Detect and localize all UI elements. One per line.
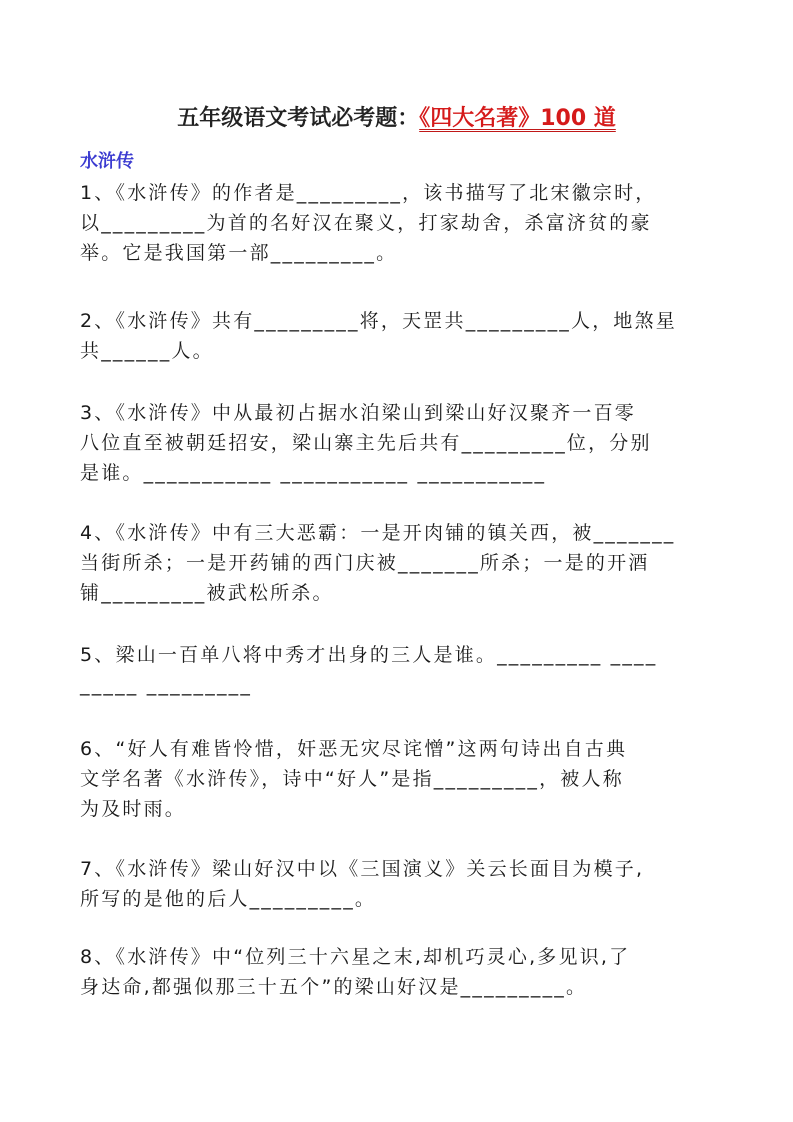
question-line: 7、《水浒传》梁山好汉中以《三国演义》关云长面目为模子,: [80, 854, 720, 884]
question-2: 2、《水浒传》共有_________将，天罡共_________人，地煞星 共_…: [80, 306, 720, 366]
question-line: 以_________为首的名好汉在聚义，打家劫舍，杀富济贫的豪: [80, 208, 720, 238]
question-line: 3、《水浒传》中从最初占据水泊梁山到梁山好汉聚齐一百零: [80, 398, 720, 428]
question-line: 共______人。: [80, 336, 720, 366]
question-line: 八位直至被朝廷招安，梁山寨主先后共有_________位，分别: [80, 428, 720, 458]
question-5: 5、梁山一百单八将中秀才出身的三人是谁。_________ ____ _____…: [80, 640, 720, 700]
question-line: 所写的是他的后人_________。: [80, 884, 720, 914]
title-prefix: 五年级语文考试必考题：: [177, 106, 419, 131]
question-line: 5、梁山一百单八将中秀才出身的三人是谁。_________ ____: [80, 640, 720, 670]
question-8: 8、《水浒传》中“位列三十六星之末,却机巧灵心,多见识,了 身达命,都强似那三十…: [80, 942, 720, 1002]
question-line: 2、《水浒传》共有_________将，天罡共_________人，地煞星: [80, 306, 720, 336]
question-line: 是谁。___________ ___________ ___________: [80, 458, 720, 488]
question-line: 铺_________被武松所杀。: [80, 578, 720, 608]
question-3: 3、《水浒传》中从最初占据水泊梁山到梁山好汉聚齐一百零 八位直至被朝廷招安，梁山…: [80, 398, 720, 488]
question-7: 7、《水浒传》梁山好汉中以《三国演义》关云长面目为模子, 所写的是他的后人___…: [80, 854, 720, 914]
question-1: 1、《水浒传》的作者是_________，该书描写了北宋徽宗时， 以______…: [80, 178, 720, 268]
question-line: 8、《水浒传》中“位列三十六星之末,却机巧灵心,多见识,了: [80, 942, 720, 972]
question-line: 身达命,都强似那三十五个”的梁山好汉是_________。: [80, 972, 720, 1002]
question-line: _____ _________: [80, 670, 720, 700]
question-line: 当街所杀；一是开药铺的西门庆被_______所杀；一是的开酒: [80, 548, 720, 578]
question-line: 4、《水浒传》中有三大恶霸：一是开肉铺的镇关西，被_______: [80, 518, 720, 548]
question-line: 为及时雨。: [80, 794, 720, 824]
question-line: 文学名著《水浒传》，诗中“好人”是指_________，被人称: [80, 764, 720, 794]
question-6: 6、“好人有难皆怜惜，奸恶无灾尽诧憎”这两句诗出自古典 文学名著《水浒传》，诗中…: [80, 734, 720, 824]
page-title: 五年级语文考试必考题：《四大名著》100 道: [0, 104, 793, 134]
question-line: 举。它是我国第一部_________。: [80, 238, 720, 268]
question-line: 6、“好人有难皆怜惜，奸恶无灾尽诧憎”这两句诗出自古典: [80, 734, 720, 764]
title-highlight: 《四大名著》100 道: [419, 106, 616, 131]
question-line: 1、《水浒传》的作者是_________，该书描写了北宋徽宗时，: [80, 178, 720, 208]
section-header: 水浒传: [80, 150, 134, 174]
document-page: 五年级语文考试必考题：《四大名著》100 道 水浒传 1、《水浒传》的作者是__…: [0, 0, 793, 1122]
question-4: 4、《水浒传》中有三大恶霸：一是开肉铺的镇关西，被_______ 当街所杀；一是…: [80, 518, 720, 608]
